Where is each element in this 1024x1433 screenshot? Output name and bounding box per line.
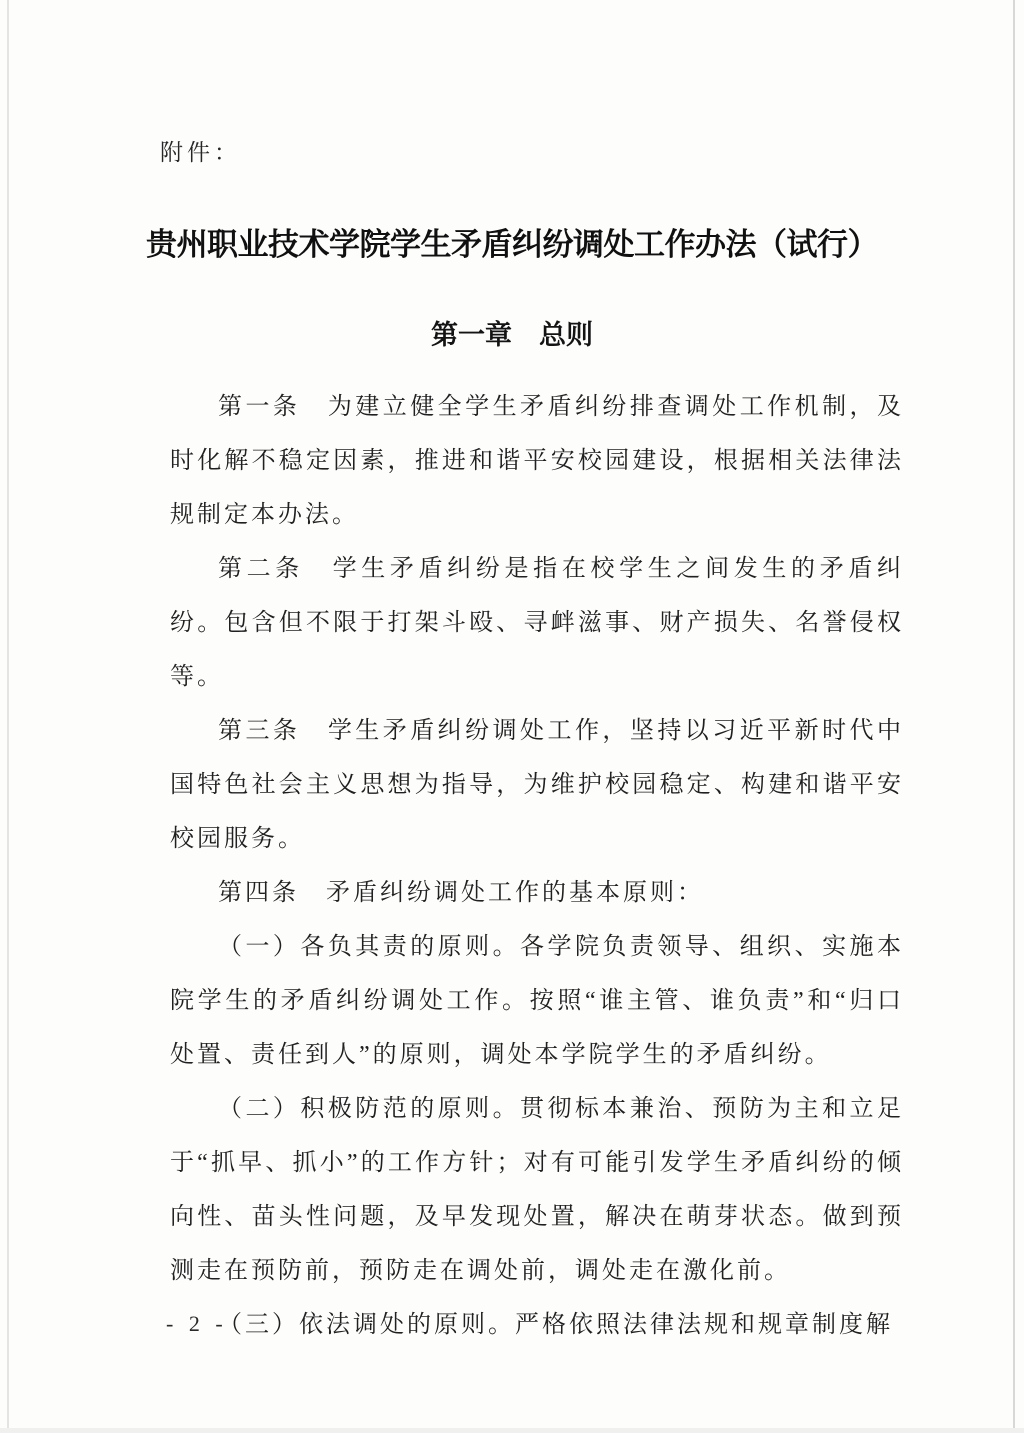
scan-edge-left: [7, 0, 9, 1433]
paragraph-article-1: 第一条 为建立健全学生矛盾纠纷排查调处工作机制，及时化解不稳定因素，推进和谐平安…: [170, 380, 904, 542]
paragraph-principle-2: （二）积极防范的原则。贯彻标本兼治、预防为主和立足于“抓早、抓小”的工作方针；对…: [170, 1082, 904, 1298]
page-number: - 2 -: [166, 1311, 228, 1337]
chapter-heading: 第一章 总则: [0, 313, 1024, 352]
paragraph-article-3: 第三条 学生矛盾纠纷调处工作，坚持以习近平新时代中国特色社会主义思想为指导，为维…: [170, 704, 904, 866]
attachment-label: 附件：: [160, 134, 241, 167]
scan-edge-right: [1013, 0, 1015, 1433]
document-page: 附件： 贵州职业技术学院学生矛盾纠纷调处工作办法（试行） 第一章 总则 第一条 …: [0, 0, 1024, 1433]
document-title: 贵州职业技术学院学生矛盾纠纷调处工作办法（试行）: [50, 219, 974, 264]
scan-edge-bottom: [0, 1428, 1024, 1433]
paragraph-article-2: 第二条 学生矛盾纠纷是指在校学生之间发生的矛盾纠纷。包含但不限于打架斗殴、寻衅滋…: [170, 542, 904, 704]
paragraph-principle-1: （一）各负其责的原则。各学院负责领导、组织、实施本院学生的矛盾纠纷调处工作。按照…: [170, 920, 904, 1082]
paragraph-article-4: 第四条 矛盾纠纷调处工作的基本原则：: [170, 866, 904, 920]
document-body: 第一条 为建立健全学生矛盾纠纷排查调处工作机制，及时化解不稳定因素，推进和谐平安…: [170, 380, 904, 1352]
paragraph-principle-3: （三）依法调处的原则。严格依照法律法规和规章制度解: [170, 1298, 904, 1352]
